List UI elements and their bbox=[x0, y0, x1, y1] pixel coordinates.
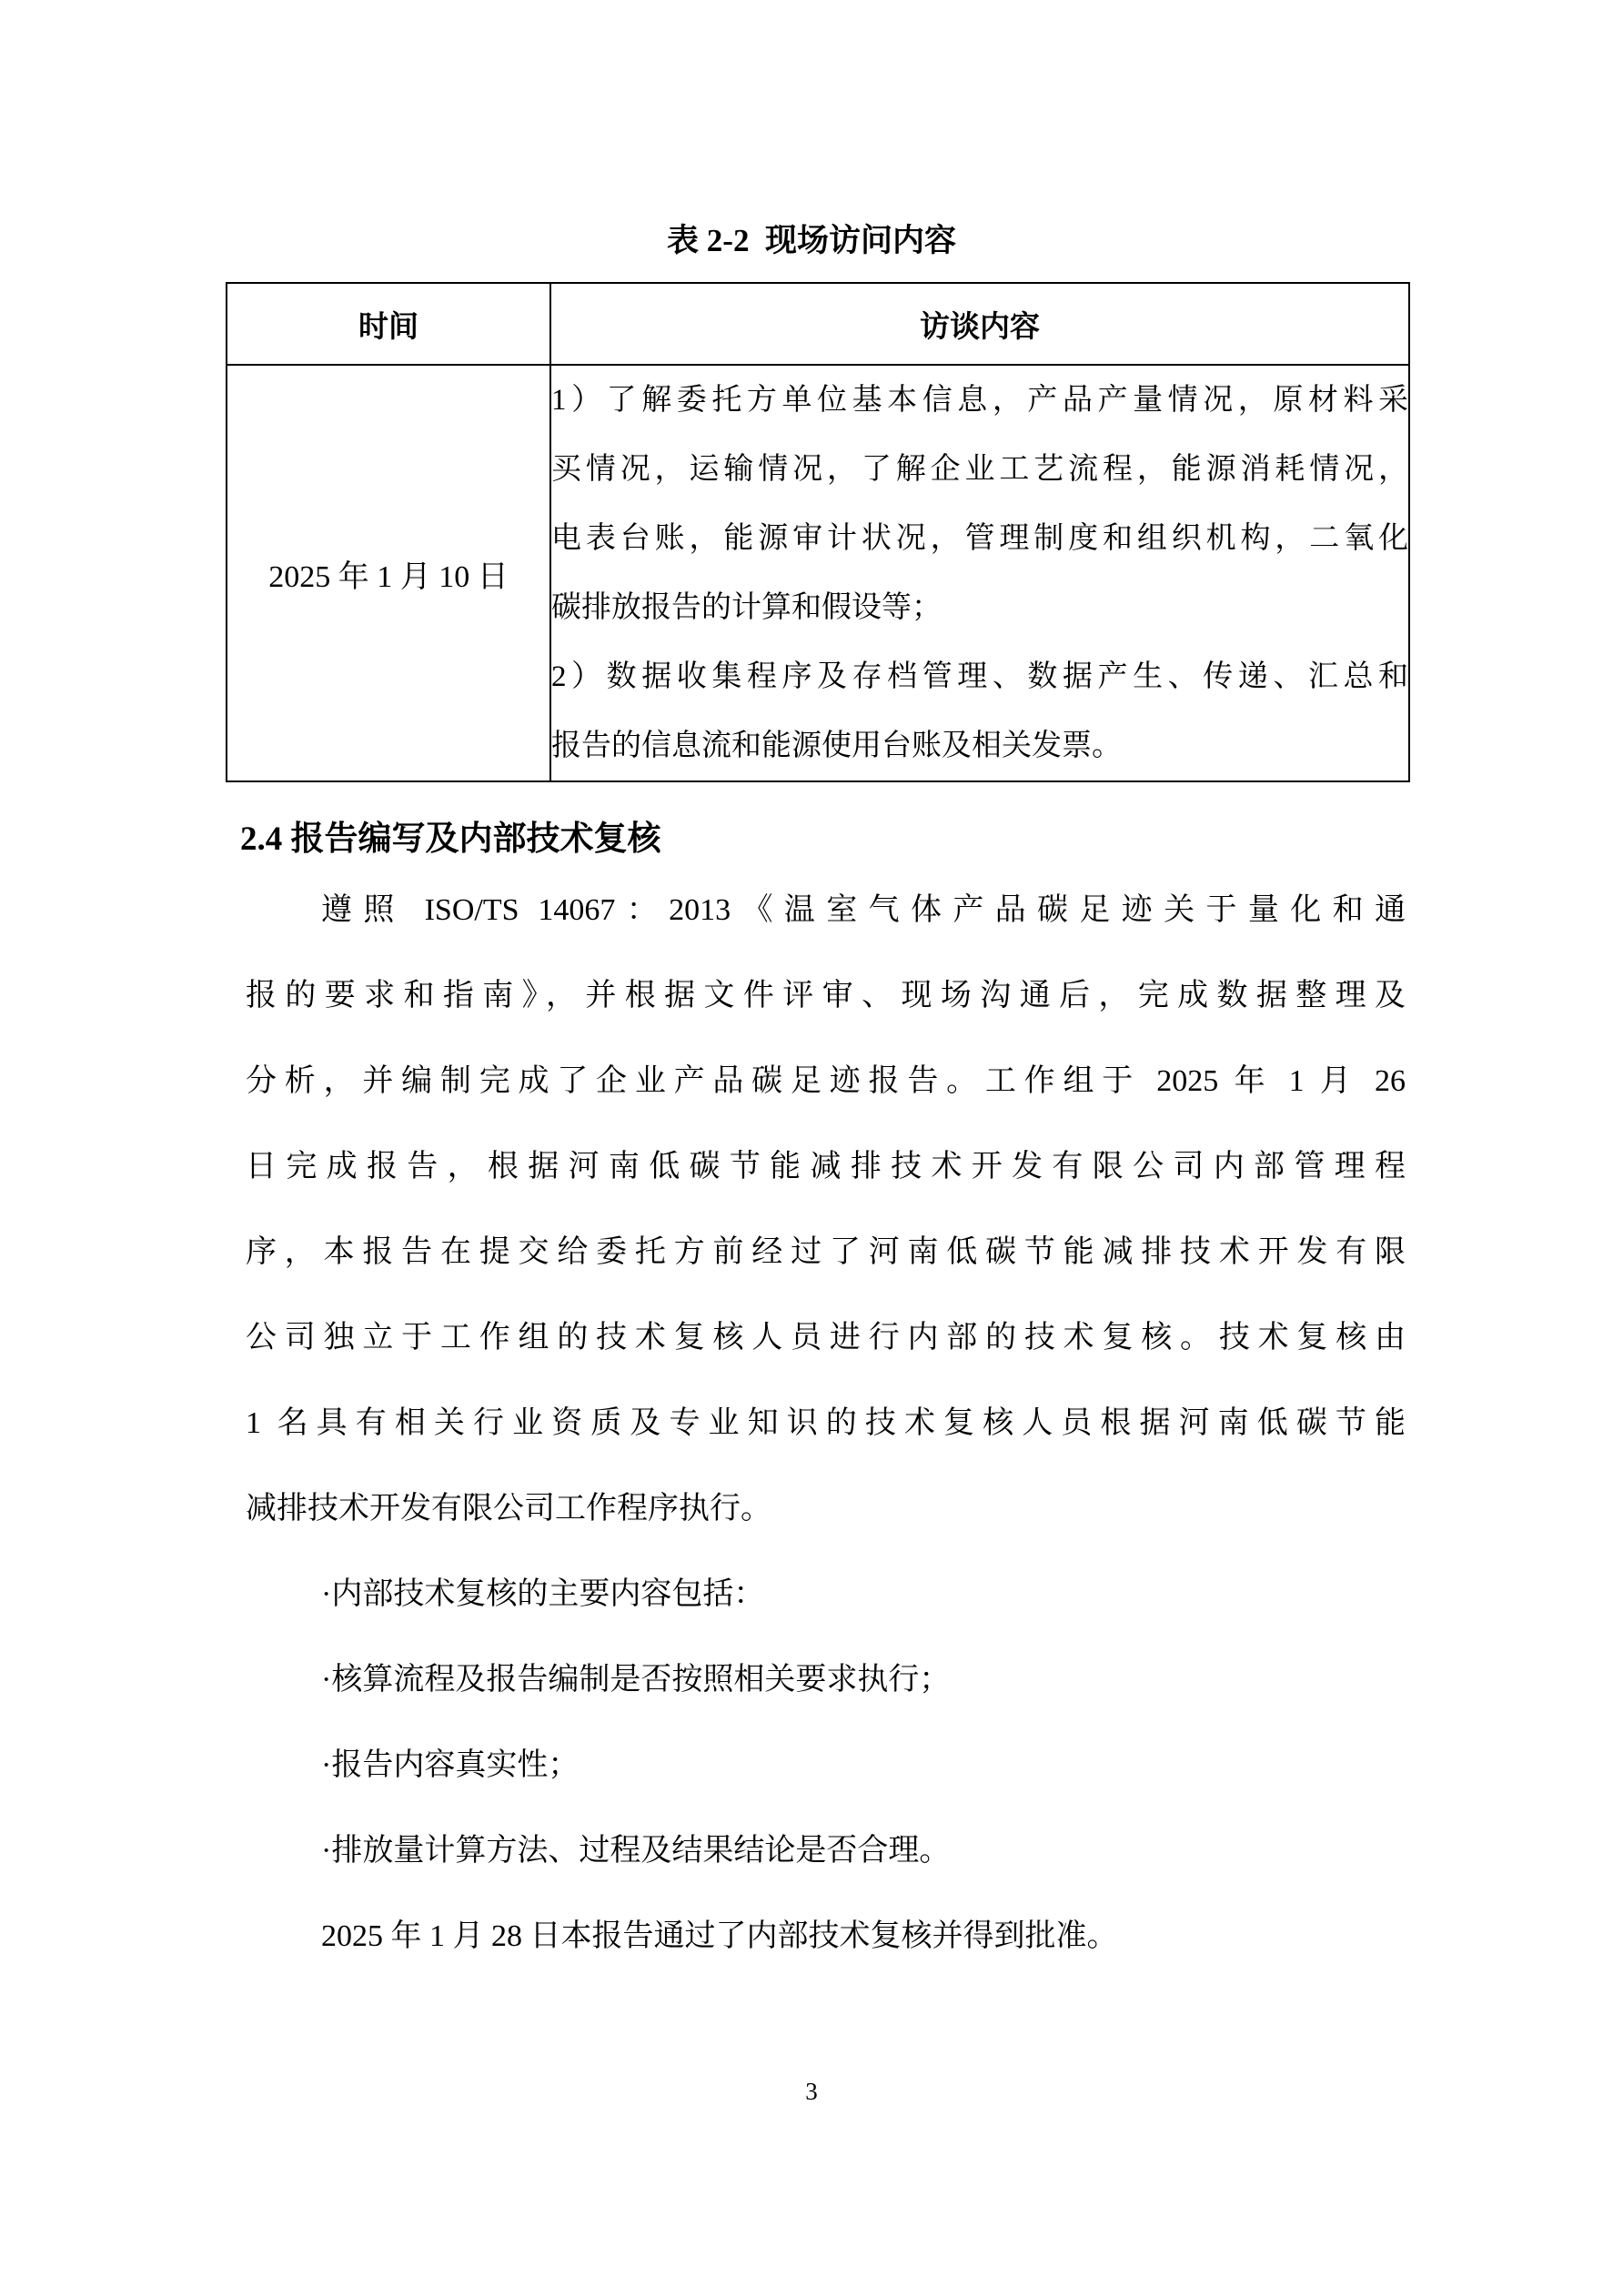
bullet-item: ·核算流程及报告编制是否按照相关要求执行； bbox=[246, 1637, 1406, 1723]
section-body: 遵照 ISO/TS 14067：2013《温室气体产品碳足迹关于量化和通 报的要… bbox=[0, 868, 1623, 1979]
paragraph-line: 报的要求和指南》，并根据文件评审、现场沟通后，完成数据整理及 bbox=[246, 953, 1406, 1039]
paragraph-line: 序，本报告在提交给委托方前经过了河南低碳节能减排技术开发有限 bbox=[246, 1210, 1406, 1295]
site-visit-table: 时间 访谈内容 2025 年 1 月 10 日 1）了解委托方单位基本信息，产品… bbox=[226, 282, 1410, 782]
table-header-time: 时间 bbox=[227, 283, 550, 365]
table-content-line: 报告的信息流和能源使用台账及相关发票。 bbox=[551, 711, 1408, 780]
table-content-line: 碳排放报告的计算和假设等； bbox=[551, 573, 1408, 642]
paragraph-line: 遵照 ISO/TS 14067：2013《温室气体产品碳足迹关于量化和通 bbox=[246, 868, 1406, 953]
bullet-item: ·报告内容真实性； bbox=[246, 1723, 1406, 1808]
table-caption: 表 2-2 现场访问内容 bbox=[0, 218, 1623, 264]
visit-content-cell: 1）了解委托方单位基本信息，产品产量情况，原材料采 买情况，运输情况，了解企业工… bbox=[550, 365, 1409, 781]
table-content-line: 电表台账，能源审计状况，管理制度和组织机构，二氧化 bbox=[551, 504, 1408, 573]
bullet-item: ·内部技术复核的主要内容包括： bbox=[246, 1552, 1406, 1637]
table-content-line: 1）了解委托方单位基本信息，产品产量情况，原材料采 bbox=[551, 366, 1408, 435]
bullet-item: ·排放量计算方法、过程及结果结论是否合理。 bbox=[246, 1808, 1406, 1894]
table-header-content: 访谈内容 bbox=[550, 283, 1409, 365]
closing-line: 2025 年 1 月 28 日本报告通过了内部技术复核并得到批准。 bbox=[246, 1894, 1406, 1979]
page-number: 3 bbox=[0, 2076, 1623, 2107]
table-content-line: 买情况，运输情况，了解企业工艺流程，能源消耗情况， bbox=[551, 435, 1408, 504]
paragraph-line: 公司独立于工作组的技术复核人员进行内部的技术复核。技术复核由 bbox=[246, 1295, 1406, 1381]
paragraph-line: 减排技术开发有限公司工作程序执行。 bbox=[246, 1466, 1406, 1552]
section-heading: 2.4 报告编写及内部技术复核 bbox=[240, 815, 1623, 864]
table-row: 2025 年 1 月 10 日 1）了解委托方单位基本信息，产品产量情况，原材料… bbox=[227, 365, 1409, 781]
visit-date-cell: 2025 年 1 月 10 日 bbox=[227, 365, 550, 781]
document-page: 表 2-2 现场访问内容 时间 访谈内容 2025 年 1 月 10 日 1）了… bbox=[0, 0, 1623, 2296]
table-content-line: 2）数据收集程序及存档管理、数据产生、传递、汇总和 bbox=[551, 642, 1408, 711]
table-header-row: 时间 访谈内容 bbox=[227, 283, 1409, 365]
paragraph-line: 分析，并编制完成了企业产品碳足迹报告。工作组于 2025 年 1 月 26 bbox=[246, 1039, 1406, 1124]
paragraph-line: 日完成报告，根据河南低碳节能减排技术开发有限公司内部管理程 bbox=[246, 1124, 1406, 1210]
paragraph-line: 1 名具有相关行业资质及专业知识的技术复核人员根据河南低碳节能 bbox=[246, 1381, 1406, 1466]
